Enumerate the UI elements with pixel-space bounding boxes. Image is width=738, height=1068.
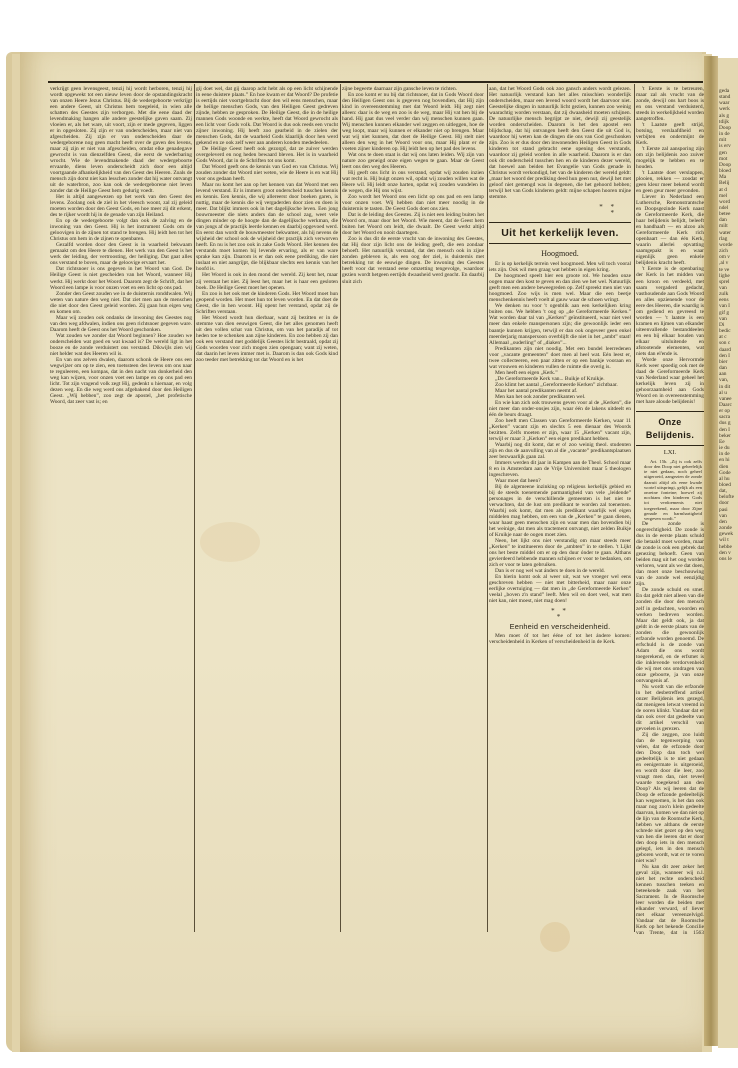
section-number: LXI. [636, 450, 704, 456]
section-heading: Onze Belijdenis. [636, 416, 704, 442]
paragraph: Het Woord wordt hun dierbaar, want zij b… [196, 315, 338, 363]
asterism: * * * [489, 608, 631, 620]
paragraph: De Heilige Geest heeft ook gezorgd, dat … [196, 146, 338, 164]
paragraph: Het is altijd aangewezen op het werk van… [50, 194, 192, 218]
paragraph: verkrijgt geen levensgeest, tenzij hij w… [50, 86, 192, 194]
paragraph: Het Woord is ook in den mond der wereld.… [196, 272, 338, 290]
paragraph: We denken nu voor 't ogenblik aan een ke… [489, 303, 631, 345]
paragraph: Predikanten zijn niet noodig. Met een bu… [489, 346, 631, 370]
paragraph: En zoo is het ook met de kinderen Gods. … [196, 291, 338, 315]
paragraph: 't Eerste is de openbaring der Kerk in h… [636, 266, 704, 356]
column-divider [194, 84, 195, 932]
paragraph: Nu wordt van die erfzonde in het desbetr… [636, 684, 704, 732]
paragraph: Men moet óf tot het ééne of tot het ánde… [489, 633, 631, 645]
column-1: verkrijgt geen levensgeest, tenzij hij w… [50, 86, 192, 936]
binding-gutter [704, 56, 718, 1046]
paragraph: 't Laatste geeft strijd, botsing, versla… [636, 122, 704, 146]
paragraph: Zonder den Geest zouden we in de duister… [50, 291, 192, 315]
paragraph: Immers werden dit jaar in Kampen aan de … [489, 460, 631, 478]
paragraph: aan, dat het Woord Gods ook zoo gansch a… [489, 86, 631, 200]
paragraph: Zoo is dus dit de eerste vrucht van de i… [342, 236, 484, 284]
paragraph: Maar nu komt het aan op het kennen van d… [196, 182, 338, 272]
article-subheading: Hoogmoed. [489, 248, 631, 259]
next-page-fragment-column: gedastandwaarwerkals gtdijkDoopin demiti… [718, 58, 738, 562]
section-heading-box: Onze Belijdenis. [636, 411, 704, 446]
paragraph: 't Eerste is te betreuren, maar zal als … [636, 86, 704, 122]
paragraph: De hoogmoed speelt hier een groote rol. … [489, 273, 631, 303]
paragraph: Wat zouden we zonder dat Woord beginnen?… [50, 333, 192, 357]
column-3: zijne begeerte daarnaar zijn gansche lev… [342, 86, 484, 936]
top-rule [48, 81, 703, 83]
confession-quote: Art. 15b. „Zij is ook zelfs door den Doo… [644, 459, 702, 521]
next-page-edge: gedastandwaarwerkals gtdijkDoopin demiti… [718, 58, 738, 1048]
paragraph: De zonde is ongerechtigheid. De zonde is… [636, 521, 704, 587]
paragraph: Bij de algemeene inzinking op religieus … [489, 484, 631, 538]
paragraph: Neen, het lijkt ons niet verstandig om m… [489, 538, 631, 568]
next-page-fragment: ons le [719, 556, 738, 562]
paragraph: Hij geeft ons licht in ons verstand, opd… [342, 170, 484, 194]
paragraph: Worde onze Hervormde Kerk weer spoedig o… [636, 357, 704, 405]
column-2: gij doet wel, dat gij daarop acht hebt a… [196, 86, 338, 936]
paragraph: De zonde schuld en smet. En dat geldt ni… [636, 587, 704, 683]
paragraph: Zij die zeggen, zoo luidt dan de tegenwe… [636, 732, 704, 864]
paragraph: Maar wij zouden ook ondanks de inwoning … [50, 315, 192, 333]
paragraph: Waarbij nog dit komt, dat er o! zoo wein… [489, 442, 631, 460]
column-divider [634, 84, 635, 932]
paragraph: Gezalfd worden door den Geest is in waar… [50, 242, 192, 266]
paragraph: Er is op kerkelijk terrein veel hoogmoed… [489, 261, 631, 273]
section-heading: Uit het kerkelijk leven. [489, 227, 631, 240]
paragraph: Wat ons te doen staat is dat wij ons lat… [342, 152, 484, 170]
paragraph: Dat richtsnoer is ons gegeven in het Woo… [50, 266, 192, 290]
column-divider [487, 84, 488, 932]
paragraph: Dat Woord geeft ons de kennis van God en… [196, 164, 338, 182]
paragraph: Zoo heeft men Classen van Gereformeerde … [489, 418, 631, 442]
paragraph: En zoo komt er nu bij dat richtsnoer, da… [342, 92, 484, 152]
paragraph: Dat is de leiding des Geestes. Zij is ni… [342, 212, 484, 236]
column-5: 't Eerste is te betreuren, maar zal als … [636, 86, 704, 936]
paragraph: Zoo klimt het aantal „Gereformeerde Kerk… [489, 382, 631, 388]
paragraph: En hierin komt ook al weer uit, wat we v… [489, 574, 631, 604]
section-heading-2: Eenheid en verscheidenheid. [489, 624, 631, 630]
paragraph: gij doet wel, dat gij daarop acht hebt a… [196, 86, 338, 146]
paragraph: 't Eerste zal aansporing zijn om zijn be… [636, 146, 704, 170]
paragraph: Liever in Nederland een Luthersche, Remo… [636, 194, 704, 266]
paragraph: Zoo wordt het Woord ons een licht op ons… [342, 194, 484, 212]
section-heading-box: Uit het kerkelijk leven. [489, 222, 631, 244]
paragraph: 't Laatste doet verslappen, plooien, rek… [636, 170, 704, 194]
paragraph: Nu kan dit zeer zeker het geval zijn, wa… [636, 864, 704, 936]
paragraph: En van ons zelven dwalen, daarom schonk … [50, 357, 192, 405]
column-divider [340, 84, 341, 932]
column-4: aan, dat het Woord Gods ook zoo gansch a… [489, 86, 631, 936]
paragraph: En op de wedergeboorte volgt dan ook de … [50, 218, 192, 242]
paragraph: En wie kan zich ook trouwens geven voor … [489, 400, 631, 418]
asterism: * * * [489, 204, 631, 216]
